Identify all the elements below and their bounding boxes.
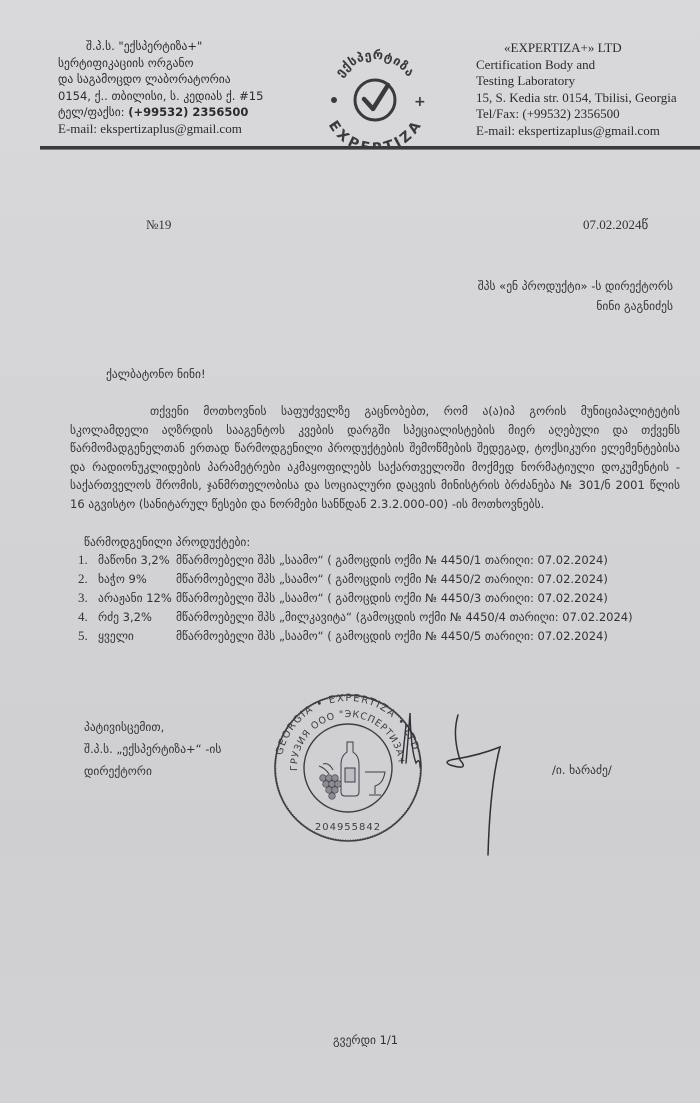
logo-dot-icon bbox=[331, 97, 337, 103]
body-paragraph: თქვენი მოთხოვნის საფუძველზე გაცნობებთ, რ… bbox=[70, 402, 680, 514]
logo-bottom-text: EXPERTIZA bbox=[325, 118, 425, 146]
product-number: 5. bbox=[78, 628, 98, 644]
company-desc-ge-1: სერტიფიკაციის ორგანო bbox=[58, 55, 318, 72]
phone-number-ge: (+99532) 2356500 bbox=[128, 105, 248, 119]
closing-regards: პატივისცემით, bbox=[84, 716, 221, 738]
svg-text:ექსპერტიზა: ექსპერტიზა bbox=[332, 47, 418, 80]
product-number: 2. bbox=[78, 571, 98, 587]
company-desc-ge-2: და საგამოცდო ლაბორატორია bbox=[58, 71, 318, 88]
logo-plus: + bbox=[414, 94, 426, 110]
product-number: 4. bbox=[78, 609, 98, 625]
expertiza-logo: ექსპერტიზა EXPERTIZA + bbox=[322, 40, 428, 146]
company-name-ge: შ.პ.ს. "ექსპერტიზა+" bbox=[58, 38, 318, 55]
addressee-name: ნინი გაგნიძეს bbox=[478, 296, 673, 316]
email-en: E-mail: ekspertizaplus@gmail.com bbox=[476, 123, 700, 140]
document-number: №19 bbox=[146, 217, 171, 233]
product-item: 1. მაწონი 3,2% მწარმოებელი შპს „საამო“ (… bbox=[78, 550, 698, 569]
phone-ge: ტელ/ფაქსი: (+99532) 2356500 bbox=[58, 104, 318, 121]
company-desc-en-2: Testing Laboratory bbox=[476, 73, 700, 90]
closing-company: შ.პ.ს. „ექსპერტიზა+“ -ის bbox=[84, 738, 221, 760]
company-name-en: «EXPERTIZA+» LTD bbox=[476, 40, 700, 57]
product-manufacturer: მწარმოებელი შპს „საამო“ bbox=[176, 629, 324, 643]
checkmark-circle-icon bbox=[355, 80, 395, 120]
product-protocol: ( გამოცდის ოქმი № 4450/5 თარიღი: 07.02.2… bbox=[327, 629, 608, 643]
product-number: 3. bbox=[78, 590, 98, 606]
email-ge: E-mail: ekspertizaplus@gmail.com bbox=[58, 121, 318, 138]
handwritten-signature bbox=[400, 705, 520, 865]
document-date: 07.02.2024წ bbox=[583, 217, 648, 233]
greeting: ქალბატონო ნინი! bbox=[106, 367, 206, 381]
company-desc-en-1: Certification Body and bbox=[476, 57, 700, 74]
addressee-title: შპს «ენ პროდუქტი» -ს დირექტორს bbox=[478, 276, 673, 296]
product-protocol: ( გამოცდის ოქმი № 4450/2 თარიღი: 07.02.2… bbox=[327, 572, 608, 586]
signer-name: /ი. ხარაძე/ bbox=[552, 763, 612, 777]
address-en: 15, S. Kedia str. 0154, Tbilisi, Georgia bbox=[476, 90, 700, 107]
closing-block: პატივისცემით, შ.პ.ს. „ექსპერტიზა+“ -ის დ… bbox=[84, 716, 221, 782]
closing-position: დირექტორი bbox=[84, 760, 221, 782]
letter-page: შ.პ.ს. "ექსპერტიზა+" სერტიფიკაციის ორგან… bbox=[0, 0, 700, 1103]
page-number: გვერდი 1/1 bbox=[333, 1033, 398, 1047]
body-text: თქვენი მოთხოვნის საფუძველზე გაცნობებთ, რ… bbox=[70, 404, 680, 511]
product-manufacturer: მწარმოებელი შპს „საამო“ bbox=[176, 572, 324, 586]
product-item: 2. ხაჭო 9% მწარმოებელი შპს „საამო“ ( გამ… bbox=[78, 569, 698, 588]
logo-top-text: ექსპერტიზა bbox=[332, 47, 418, 80]
product-protocol: ( გამოცდის ოქმი № 4450/3 თარიღი: 07.02.2… bbox=[327, 591, 608, 605]
wine-bottle-grapes-icon bbox=[319, 742, 385, 799]
product-item: 5. ყველი მწარმოებელი შპს „საამო“ ( გამოც… bbox=[78, 626, 698, 645]
product-name: ხაჭო 9% bbox=[98, 572, 176, 586]
phone-en: Tel/Fax: (+99532) 2356500 bbox=[476, 106, 700, 123]
product-name: ყველი bbox=[98, 629, 176, 643]
product-name: რძე 3,2% bbox=[98, 610, 176, 624]
phone-label-ge: ტელ/ფაქსი: bbox=[58, 105, 125, 119]
header-divider bbox=[40, 146, 700, 149]
product-number: 1. bbox=[78, 552, 98, 568]
letterhead-english: «EXPERTIZA+» LTD Certification Body and … bbox=[476, 40, 700, 140]
stamp-id-number: 204955842 bbox=[315, 822, 381, 833]
product-protocol: (გამოცდის ოქმი № 4450/4 თარიღი: 07.02.20… bbox=[356, 610, 633, 624]
svg-text:EXPERTIZA: EXPERTIZA bbox=[325, 118, 425, 146]
product-name: არაჟანი 12% bbox=[98, 591, 176, 605]
product-item: 4. რძე 3,2% მწარმოებელი შპს „მილკავიტა“ … bbox=[78, 607, 698, 626]
product-protocol: ( გამოცდის ოქმი № 4450/1 თარიღი: 07.02.2… bbox=[327, 553, 608, 567]
product-manufacturer: მწარმოებელი შპს „საამო“ bbox=[176, 591, 324, 605]
letterhead-georgian: შ.პ.ს. "ექსპერტიზა+" სერტიფიკაციის ორგან… bbox=[58, 38, 318, 137]
address-ge: 0154, ქ.. თბილისი, ს. კედიას ქ. #15 bbox=[58, 88, 318, 105]
products-list: 1. მაწონი 3,2% მწარმოებელი შპს „საამო“ (… bbox=[78, 550, 698, 645]
addressee: შპს «ენ პროდუქტი» -ს დირექტორს ნინი გაგნ… bbox=[478, 276, 673, 316]
product-name: მაწონი 3,2% bbox=[98, 553, 176, 567]
products-title: წარმოდგენილი პროდუქტები: bbox=[84, 535, 250, 549]
product-manufacturer: მწარმოებელი შპს „საამო“ bbox=[176, 553, 324, 567]
product-manufacturer: მწარმოებელი შპს „მილკავიტა“ bbox=[176, 610, 352, 624]
product-item: 3. არაჟანი 12% მწარმოებელი შპს „საამო“ (… bbox=[78, 588, 698, 607]
